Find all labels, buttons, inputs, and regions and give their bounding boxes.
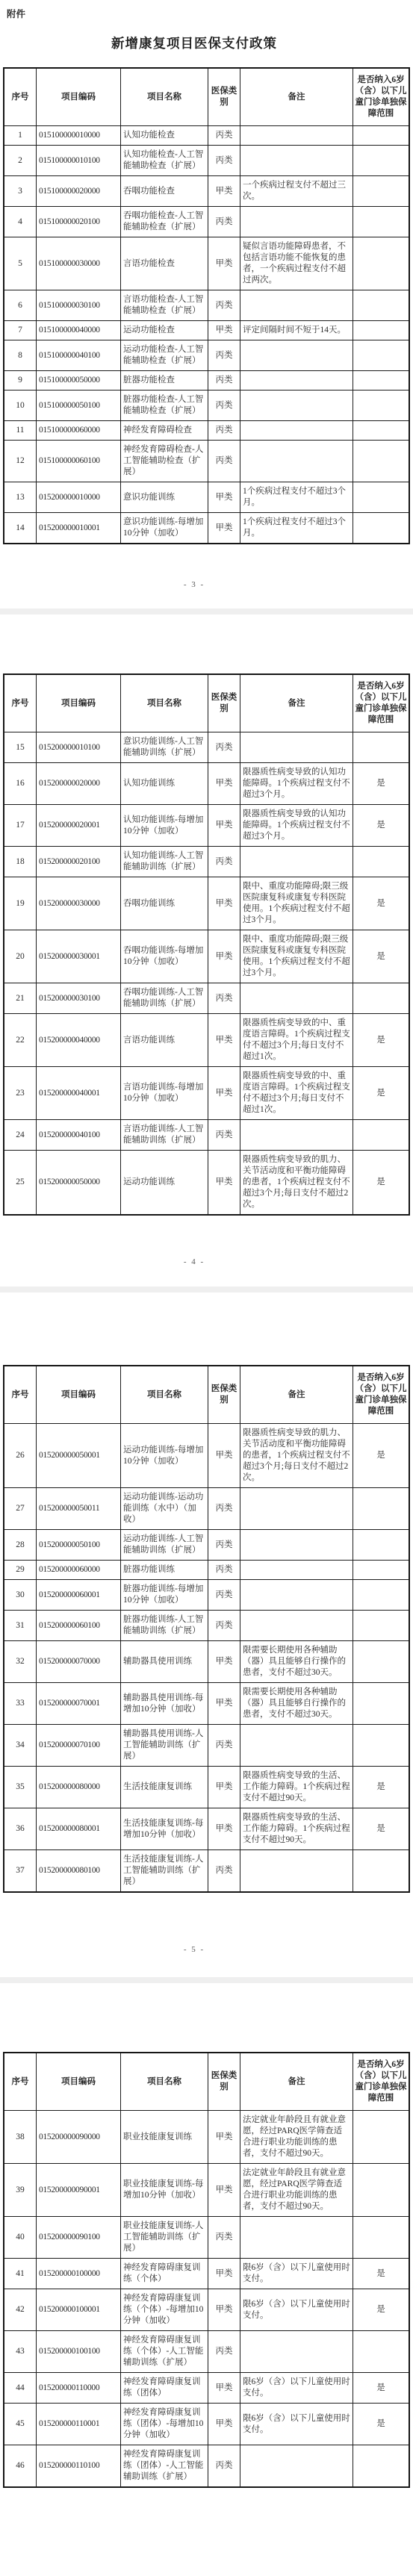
cell-category: 丙类 <box>208 290 240 321</box>
cell-category: 甲类 <box>208 1641 240 1683</box>
cell-seq: 7 <box>4 321 37 340</box>
cell-name: 脏器功能检查 <box>121 371 208 391</box>
cell-child <box>353 421 410 441</box>
cell-child <box>353 1611 410 1641</box>
cell-code: 015200000080100 <box>37 1850 121 1893</box>
col-header-remark: 备注 <box>240 674 353 732</box>
cell-name: 神经发育障碍康复训练（个体） <box>121 2259 208 2289</box>
cell-child <box>353 1488 410 1530</box>
cell-name: 吞咽功能训练-每增加10分钟（加收） <box>121 930 208 983</box>
cell-seq: 8 <box>4 340 37 371</box>
cell-remark <box>240 1850 353 1893</box>
cell-name: 神经发育障碍康复训练（个体）-人工智能辅助训练（扩展） <box>121 2331 208 2373</box>
col-header-seq: 序号 <box>4 674 37 732</box>
cell-code: 015200000040000 <box>37 1014 121 1067</box>
table-row: 41015200000100000神经发育障碍康复训练（个体）甲类限6岁（含）以… <box>4 2259 409 2289</box>
cell-remark: 限器质性病变导致的肌力、关节活动度和平衡功能障碍的患者，1个疾病过程支付不超过3… <box>240 1424 353 1488</box>
cell-category: 丙类 <box>208 1561 240 1580</box>
table-row: 3015100000020000吞咽功能检查甲类一个疾病过程支付不超过三次。 <box>4 176 409 207</box>
table-row: 12015100000060100神经发育障碍检查-人工智能辅助检查（扩展）丙类 <box>4 441 409 482</box>
col-header-code: 项目编码 <box>37 674 121 732</box>
cell-seq: 14 <box>4 513 37 544</box>
cell-code: 015200000050011 <box>37 1488 121 1530</box>
cell-category: 甲类 <box>208 1014 240 1067</box>
cell-seq: 20 <box>4 930 37 983</box>
cell-child <box>353 2111 410 2164</box>
table-row: 25015200000050000运动功能训练甲类限器质性病变导致的肌力、关节活… <box>4 1151 409 1216</box>
cell-remark: 1个疾病过程支付不超过3个月。 <box>240 482 353 513</box>
cell-seq: 37 <box>4 1850 37 1893</box>
cell-category: 丙类 <box>208 391 240 421</box>
col-header-remark: 备注 <box>240 68 353 126</box>
cell-child: 是 <box>353 2404 410 2445</box>
cell-code: 015100000050100 <box>37 391 121 421</box>
cell-category: 甲类 <box>208 2164 240 2217</box>
cell-child <box>353 2331 410 2373</box>
cell-category: 丙类 <box>208 1580 240 1611</box>
cell-name: 生活技能康复训练-人工智能辅助训练（扩展） <box>121 1850 208 1893</box>
cell-child <box>353 340 410 371</box>
table-row: 13015200000010000意识功能训练甲类1个疾病过程支付不超过3个月。 <box>4 482 409 513</box>
cell-code: 015200000100001 <box>37 2289 121 2331</box>
cell-child <box>353 1641 410 1683</box>
cell-name: 神经发育障碍康复训练（团体） <box>121 2373 208 2404</box>
cell-category: 甲类 <box>208 321 240 340</box>
cell-seq: 41 <box>4 2259 37 2289</box>
policy-table-page-2: 序号 项目编码 项目名称 医保类别 备注 是否纳入6岁（含）以下儿童门诊单独保障… <box>3 673 410 1216</box>
cell-category: 丙类 <box>208 340 240 371</box>
cell-child <box>353 2445 410 2488</box>
cell-category: 甲类 <box>208 2259 240 2289</box>
cell-code: 015200000010001 <box>37 513 121 544</box>
cell-seq: 43 <box>4 2331 37 2373</box>
cell-code: 015200000040001 <box>37 1067 121 1120</box>
cell-name: 辅助器具使用训练-每增加10分钟（加收） <box>121 1683 208 1725</box>
cell-child <box>353 513 410 544</box>
cell-seq: 19 <box>4 877 37 930</box>
cell-child: 是 <box>353 1767 410 1808</box>
cell-remark <box>240 2217 353 2259</box>
page-number-3: - 3 - <box>3 580 385 609</box>
cell-name: 运动功能检查-人工智能辅助检查（扩展） <box>121 340 208 371</box>
cell-seq: 3 <box>4 176 37 207</box>
table-row: 20015200000030001吞咽功能训练-每增加10分钟（加收）甲类限中、… <box>4 930 409 983</box>
col-header-remark: 备注 <box>240 2053 353 2111</box>
cell-remark <box>240 207 353 237</box>
cell-category: 丙类 <box>208 732 240 763</box>
cell-name: 职业技能康复训练-人工智能辅助训练（扩展） <box>121 2217 208 2259</box>
cell-name: 生活技能康复训练-每增加10分钟（加收） <box>121 1808 208 1850</box>
col-header-category: 医保类别 <box>208 68 240 126</box>
cell-name: 神经发育障碍检查 <box>121 421 208 441</box>
cell-code: 015200000010000 <box>37 482 121 513</box>
cell-seq: 36 <box>4 1808 37 1850</box>
table-row: 23015200000040001言语功能训练-每增加10分钟（加收）甲类限器质… <box>4 1067 409 1120</box>
col-header-remark: 备注 <box>240 1366 353 1424</box>
table-row: 44015200000110000神经发育障碍康复训练（团体）甲类限6岁（含）以… <box>4 2373 409 2404</box>
cell-remark <box>240 847 353 877</box>
cell-remark: 法定就业年龄段且有就业意愿，经过PARQ医学筛查适合进行职业功能训练的患者，支付… <box>240 2111 353 2164</box>
cell-remark <box>240 2445 353 2488</box>
cell-child <box>353 371 410 391</box>
col-header-category: 医保类别 <box>208 2053 240 2111</box>
cell-seq: 12 <box>4 441 37 482</box>
cell-name: 吞咽功能检查 <box>121 176 208 207</box>
cell-remark <box>240 983 353 1014</box>
cell-code: 015200000030100 <box>37 983 121 1014</box>
cell-name: 吞咽功能检查-人工智能辅助检查（扩展） <box>121 207 208 237</box>
cell-name: 言语功能检查-人工智能辅助检查（扩展） <box>121 290 208 321</box>
cell-code: 015100000020000 <box>37 176 121 207</box>
table-row: 17015200000020001认知功能训练-每增加10分钟（加收）甲类限器质… <box>4 805 409 847</box>
cell-remark: 限器质性病变导致的中、重度语言障碍。1个疾病过程支付不超过3个月;每日支付不超过… <box>240 1014 353 1067</box>
table-row: 2015100000010100认知功能检查-人工智能辅助检查（扩展）丙类 <box>4 146 409 176</box>
cell-seq: 32 <box>4 1641 37 1683</box>
cell-seq: 16 <box>4 763 37 805</box>
cell-seq: 34 <box>4 1725 37 1767</box>
col-header-code: 项目编码 <box>37 2053 121 2111</box>
page-separator <box>0 609 413 615</box>
cell-name: 认知功能训练-人工智能辅助训练（扩展） <box>121 847 208 877</box>
cell-category: 丙类 <box>208 1850 240 1893</box>
cell-name: 生活技能康复训练 <box>121 1767 208 1808</box>
cell-child <box>353 1850 410 1893</box>
cell-category: 甲类 <box>208 930 240 983</box>
cell-child: 是 <box>353 805 410 847</box>
policy-table-page-3: 序号 项目编码 项目名称 医保类别 备注 是否纳入6岁（含）以下儿童门诊单独保障… <box>3 1365 410 1893</box>
cell-seq: 17 <box>4 805 37 847</box>
cell-name: 神经发育障碍康复训练（团体）-人工智能辅助训练（扩展） <box>121 2445 208 2488</box>
cell-code: 015200000030000 <box>37 877 121 930</box>
cell-seq: 13 <box>4 482 37 513</box>
cell-code: 015200000090001 <box>37 2164 121 2217</box>
cell-name: 职业技能康复训练-每增加10分钟（加收） <box>121 2164 208 2217</box>
cell-child <box>353 176 410 207</box>
cell-child: 是 <box>353 1014 410 1067</box>
table-row: 19015200000030000吞咽功能训练甲类限中、重度功能障碍;限三级医院… <box>4 877 409 930</box>
cell-code: 015200000020000 <box>37 763 121 805</box>
cell-name: 言语功能训练-人工智能辅助训练（扩展） <box>121 1120 208 1151</box>
cell-category: 甲类 <box>208 1067 240 1120</box>
cell-code: 015100000060000 <box>37 421 121 441</box>
col-header-child: 是否纳入6岁（含）以下儿童门诊单独保障范围 <box>353 68 410 126</box>
table-row: 9015100000050000脏器功能检查丙类 <box>4 371 409 391</box>
cell-category: 丙类 <box>208 441 240 482</box>
table-row: 37015200000080100生活技能康复训练-人工智能辅助训练（扩展）丙类 <box>4 1850 409 1893</box>
cell-remark <box>240 146 353 176</box>
table-row: 34015200000070100辅助器具使用训练-人工智能辅助训练（扩展）丙类 <box>4 1725 409 1767</box>
col-header-code: 项目编码 <box>37 1366 121 1424</box>
cell-code: 015200000100100 <box>37 2331 121 2373</box>
cell-name: 吞咽功能训练-人工智能辅助训练（扩展） <box>121 983 208 1014</box>
cell-child <box>353 146 410 176</box>
cell-category: 丙类 <box>208 1611 240 1641</box>
cell-category: 甲类 <box>208 176 240 207</box>
cell-child <box>353 207 410 237</box>
cell-remark <box>240 391 353 421</box>
table-row: 16015200000020000认知功能训练甲类限器质性病变导致的认知功能障碍… <box>4 763 409 805</box>
cell-seq: 23 <box>4 1067 37 1120</box>
cell-remark: 1个疾病过程支付不超过3个月。 <box>240 513 353 544</box>
cell-remark <box>240 290 353 321</box>
cell-category: 丙类 <box>208 371 240 391</box>
cell-child: 是 <box>353 1808 410 1850</box>
cell-child: 是 <box>353 2259 410 2289</box>
cell-child: 是 <box>353 930 410 983</box>
cell-name: 神经发育障碍检查-人工智能辅助检查（扩展） <box>121 441 208 482</box>
page-4: 序号 项目编码 项目名称 医保类别 备注 是否纳入6岁（含）以下儿童门诊单独保障… <box>0 1983 413 2509</box>
table-row: 11015100000060000神经发育障碍检查丙类 <box>4 421 409 441</box>
cell-name: 认知功能检查 <box>121 126 208 146</box>
cell-seq: 25 <box>4 1151 37 1216</box>
cell-code: 015200000050000 <box>37 1151 121 1216</box>
cell-child: 是 <box>353 877 410 930</box>
col-header-name: 项目名称 <box>121 2053 208 2111</box>
cell-name: 言语功能训练-每增加10分钟（加收） <box>121 1067 208 1120</box>
cell-remark: 限中、重度功能障碍;限三级医院康复科或康复专科医院使用。1个疾病过程支付不超过3… <box>240 930 353 983</box>
col-header-code: 项目编码 <box>37 68 121 126</box>
cell-remark <box>240 1530 353 1561</box>
cell-code: 015100000040000 <box>37 321 121 340</box>
cell-remark <box>240 1561 353 1580</box>
table-row: 42015200000100001神经发育障碍康复训练（个体）-每增加10分钟（… <box>4 2289 409 2331</box>
cell-child <box>353 847 410 877</box>
cell-category: 甲类 <box>208 763 240 805</box>
cell-seq: 21 <box>4 983 37 1014</box>
table-row: 4015100000020100吞咽功能检查-人工智能辅助检查（扩展）丙类 <box>4 207 409 237</box>
table-row: 46015200000110100神经发育障碍康复训练（团体）-人工智能辅助训练… <box>4 2445 409 2488</box>
cell-child: 是 <box>353 2289 410 2331</box>
cell-category: 丙类 <box>208 207 240 237</box>
cell-remark: 限器质性病变导致的认知功能障碍。1个疾病过程支付不超过3个月。 <box>240 805 353 847</box>
cell-name: 辅助器具使用训练-人工智能辅助训练（扩展） <box>121 1725 208 1767</box>
cell-child: 是 <box>353 763 410 805</box>
col-header-seq: 序号 <box>4 1366 37 1424</box>
cell-child <box>353 2164 410 2217</box>
cell-name: 运动功能训练-每增加10分钟（加收） <box>121 1424 208 1488</box>
cell-code: 015200000020100 <box>37 847 121 877</box>
cell-code: 015200000030001 <box>37 930 121 983</box>
cell-child <box>353 290 410 321</box>
col-header-seq: 序号 <box>4 2053 37 2111</box>
cell-code: 015200000050001 <box>37 1424 121 1488</box>
cell-child <box>353 1580 410 1611</box>
table-row: 31015200000060100脏器功能训练-人工智能辅助训练（扩展）丙类 <box>4 1611 409 1641</box>
cell-seq: 24 <box>4 1120 37 1151</box>
table-row: 30015200000060001脏器功能训练-每增加10分钟（加收）丙类 <box>4 1580 409 1611</box>
page-separator <box>0 1977 413 1983</box>
cell-remark <box>240 421 353 441</box>
cell-code: 015200000060100 <box>37 1611 121 1641</box>
cell-remark: 法定就业年龄段且有就业意愿，经过PARQ医学筛查适合进行职业功能训练的患者，支付… <box>240 2164 353 2217</box>
cell-child <box>353 1725 410 1767</box>
cell-remark: 限6岁（含）以下儿童使用时支付。 <box>240 2259 353 2289</box>
table-row: 7015100000040000运动功能检查甲类评定间隔时间不短于14天。 <box>4 321 409 340</box>
cell-child: 是 <box>353 1151 410 1216</box>
cell-name: 神经发育障碍康复训练（个体）-每增加10分钟（加收） <box>121 2289 208 2331</box>
cell-category: 甲类 <box>208 1424 240 1488</box>
table-row: 8015100000040100运动功能检查-人工智能辅助检查（扩展）丙类 <box>4 340 409 371</box>
cell-category: 丙类 <box>208 983 240 1014</box>
page-3: 序号 项目编码 项目名称 医保类别 备注 是否纳入6岁（含）以下儿童门诊单独保障… <box>0 1292 413 1977</box>
cell-seq: 27 <box>4 1488 37 1530</box>
table-row: 24015200000040100言语功能训练-人工智能辅助训练（扩展）丙类 <box>4 1120 409 1151</box>
cell-remark <box>240 1725 353 1767</box>
cell-code: 015200000110000 <box>37 2373 121 2404</box>
table-row: 14015200000010001意识功能训练-每增加10分钟（加收）甲类1个疾… <box>4 513 409 544</box>
cell-code: 015200000010100 <box>37 732 121 763</box>
cell-name: 脏器功能训练-人工智能辅助训练（扩展） <box>121 1611 208 1641</box>
col-header-seq: 序号 <box>4 68 37 126</box>
cell-code: 015100000010000 <box>37 126 121 146</box>
cell-category: 丙类 <box>208 2331 240 2373</box>
table-row: 15015200000010100意识功能训练-人工智能辅助训练（扩展）丙类 <box>4 732 409 763</box>
table-row: 36015200000080001生活技能康复训练-每增加10分钟（加收）甲类限… <box>4 1808 409 1850</box>
cell-seq: 33 <box>4 1683 37 1725</box>
table-row: 22015200000040000言语功能训练甲类限器质性病变导致的中、重度语言… <box>4 1014 409 1067</box>
cell-remark <box>240 2331 353 2373</box>
cell-seq: 5 <box>4 237 37 290</box>
cell-seq: 2 <box>4 146 37 176</box>
cell-category: 甲类 <box>208 1767 240 1808</box>
cell-child <box>353 126 410 146</box>
table-row: 6015100000030100言语功能检查-人工智能辅助检查（扩展）丙类 <box>4 290 409 321</box>
cell-remark <box>240 371 353 391</box>
table-row: 35015200000080000生活技能康复训练甲类限器质性病变导致的生活、工… <box>4 1767 409 1808</box>
cell-category: 丙类 <box>208 1120 240 1151</box>
page-number-4: - 4 - <box>3 1257 385 1287</box>
cell-remark: 限器质性病变导致的中、重度语言障碍。1个疾病过程支付不超过3个月;每日支付不超过… <box>240 1067 353 1120</box>
cell-name: 运动功能训练-运动功能训练（水中）（加收） <box>121 1488 208 1530</box>
cell-child <box>353 391 410 421</box>
cell-child <box>353 732 410 763</box>
table-row: 1015100000010000认知功能检查丙类 <box>4 126 409 146</box>
col-header-child: 是否纳入6岁（含）以下儿童门诊单独保障范围 <box>353 1366 410 1424</box>
cell-name: 运动功能训练 <box>121 1151 208 1216</box>
table-row: 5015100000030000言语功能检查甲类疑似言语功能障碍患者，不包括言语… <box>4 237 409 290</box>
table-row: 27015200000050011运动功能训练-运动功能训练（水中）（加收）丙类 <box>4 1488 409 1530</box>
cell-code: 015200000060001 <box>37 1580 121 1611</box>
cell-remark: 限需要长期使用各种辅助（器）具且能够自行操作的患者，支付不超过30天。 <box>240 1641 353 1683</box>
table-header-row: 序号 项目编码 项目名称 医保类别 备注 是否纳入6岁（含）以下儿童门诊单独保障… <box>4 674 409 732</box>
col-header-child: 是否纳入6岁（含）以下儿童门诊单独保障范围 <box>353 2053 410 2111</box>
cell-name: 吞咽功能训练 <box>121 877 208 930</box>
table-row: 40015200000090100职业技能康复训练-人工智能辅助训练（扩展）丙类 <box>4 2217 409 2259</box>
cell-child: 是 <box>353 1424 410 1488</box>
cell-code: 015200000050100 <box>37 1530 121 1561</box>
col-header-category: 医保类别 <box>208 1366 240 1424</box>
cell-name: 神经发育障碍康复训练（团体）-每增加10分钟（加收） <box>121 2404 208 2445</box>
cell-code: 015100000030000 <box>37 237 121 290</box>
cell-remark: 限需要长期使用各种辅助（器）具且能够自行操作的患者，支付不超过30天。 <box>240 1683 353 1725</box>
cell-name: 意识功能训练-人工智能辅助训练（扩展） <box>121 732 208 763</box>
cell-category: 甲类 <box>208 237 240 290</box>
cell-name: 运动功能检查 <box>121 321 208 340</box>
cell-seq: 45 <box>4 2404 37 2445</box>
cell-category: 甲类 <box>208 2373 240 2404</box>
cell-seq: 30 <box>4 1580 37 1611</box>
cell-remark: 限器质性病变导致的生活、工作能力障碍。1个疾病过程支付不超过90天。 <box>240 1808 353 1850</box>
cell-seq: 15 <box>4 732 37 763</box>
cell-seq: 46 <box>4 2445 37 2488</box>
cell-category: 甲类 <box>208 805 240 847</box>
table-row: 45015200000110001神经发育障碍康复训练（团体）-每增加10分钟（… <box>4 2404 409 2445</box>
cell-code: 015200000100000 <box>37 2259 121 2289</box>
table-header-row: 序号 项目编码 项目名称 医保类别 备注 是否纳入6岁（含）以下儿童门诊单独保障… <box>4 1366 409 1424</box>
cell-code: 015200000040100 <box>37 1120 121 1151</box>
cell-category: 甲类 <box>208 2111 240 2164</box>
cell-code: 015200000070000 <box>37 1641 121 1683</box>
table-row: 33015200000070001辅助器具使用训练-每增加10分钟（加收）甲类限… <box>4 1683 409 1725</box>
page-2: 序号 项目编码 项目名称 医保类别 备注 是否纳入6岁（含）以下儿童门诊单独保障… <box>0 615 413 1287</box>
cell-code: 015100000040100 <box>37 340 121 371</box>
cell-remark <box>240 340 353 371</box>
cell-seq: 22 <box>4 1014 37 1067</box>
cell-name: 言语功能训练 <box>121 1014 208 1067</box>
cell-remark: 限6岁（含）以下儿童使用时支付。 <box>240 2373 353 2404</box>
cell-child <box>353 1683 410 1725</box>
cell-name: 运动功能训练-人工智能辅助训练（扩展） <box>121 1530 208 1561</box>
cell-category: 丙类 <box>208 421 240 441</box>
cell-remark <box>240 1120 353 1151</box>
cell-name: 意识功能训练-每增加10分钟（加收） <box>121 513 208 544</box>
cell-seq: 29 <box>4 1561 37 1580</box>
cell-child <box>353 1561 410 1580</box>
table-row: 38015200000090000职业技能康复训练甲类法定就业年龄段且有就业意愿… <box>4 2111 409 2164</box>
cell-remark <box>240 441 353 482</box>
cell-category: 丙类 <box>208 2217 240 2259</box>
cell-code: 015200000070001 <box>37 1683 121 1725</box>
cell-name: 辅助器具使用训练 <box>121 1641 208 1683</box>
table-header-row: 序号 项目编码 项目名称 医保类别 备注 是否纳入6岁（含）以下儿童门诊单独保障… <box>4 68 409 126</box>
cell-name: 脏器功能训练-每增加10分钟（加收） <box>121 1580 208 1611</box>
cell-seq: 10 <box>4 391 37 421</box>
cell-name: 认知功能检查-人工智能辅助检查（扩展） <box>121 146 208 176</box>
cell-seq: 38 <box>4 2111 37 2164</box>
cell-category: 甲类 <box>208 513 240 544</box>
cell-code: 015200000080000 <box>37 1767 121 1808</box>
cell-seq: 35 <box>4 1767 37 1808</box>
cell-remark: 限器质性病变导致的生活、工作能力障碍。1个疾病过程支付不超过90天。 <box>240 1767 353 1808</box>
cell-name: 认知功能训练-每增加10分钟（加收） <box>121 805 208 847</box>
cell-code: 015200000080001 <box>37 1808 121 1850</box>
cell-child <box>353 1120 410 1151</box>
cell-code: 015100000010100 <box>37 146 121 176</box>
table-row: 26015200000050001运动功能训练-每增加10分钟（加收）甲类限器质… <box>4 1424 409 1488</box>
cell-name: 脏器功能检查-人工智能辅助检查（扩展） <box>121 391 208 421</box>
cell-seq: 4 <box>4 207 37 237</box>
cell-remark <box>240 1580 353 1611</box>
cell-seq: 42 <box>4 2289 37 2331</box>
cell-seq: 6 <box>4 290 37 321</box>
cell-category: 丙类 <box>208 1725 240 1767</box>
cell-code: 015100000060100 <box>37 441 121 482</box>
cell-category: 甲类 <box>208 1683 240 1725</box>
cell-category: 丙类 <box>208 1488 240 1530</box>
cell-child: 是 <box>353 1067 410 1120</box>
cell-seq: 1 <box>4 126 37 146</box>
cell-child <box>353 237 410 290</box>
cell-category: 丙类 <box>208 126 240 146</box>
cell-child <box>353 321 410 340</box>
table-row: 29015200000060000脏器功能训练丙类 <box>4 1561 409 1580</box>
cell-code: 015100000020100 <box>37 207 121 237</box>
cell-seq: 28 <box>4 1530 37 1561</box>
cell-category: 甲类 <box>208 877 240 930</box>
cell-remark <box>240 1488 353 1530</box>
col-header-name: 项目名称 <box>121 1366 208 1424</box>
cell-remark: 限6岁（含）以下儿童使用时支付。 <box>240 2289 353 2331</box>
